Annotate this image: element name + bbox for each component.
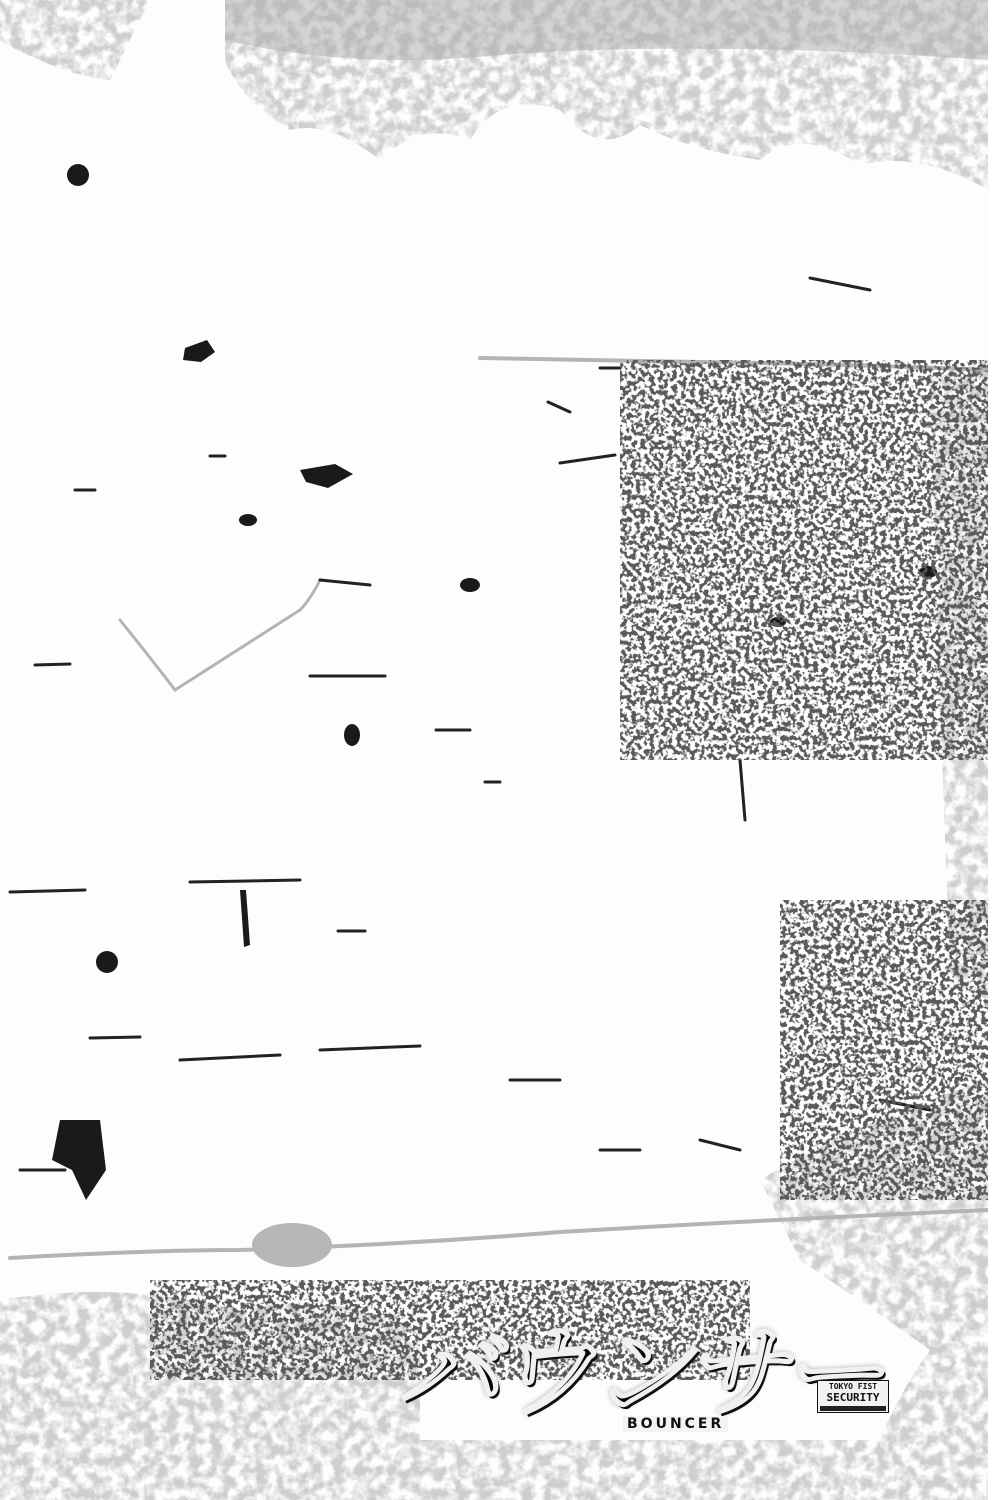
page-edge-margin xyxy=(988,0,1000,1500)
title-page: バウンサー BOUNCER TOKYO FIST SECURITY xyxy=(0,0,988,1500)
grunge-texture-background xyxy=(0,0,988,1500)
badge-line-2: SECURITY xyxy=(820,1392,886,1404)
series-logo: バウンサー BOUNCER TOKYO FIST SECURITY xyxy=(405,1318,945,1448)
logo-title-english: BOUNCER xyxy=(623,1416,728,1432)
badge-decorative-bar xyxy=(820,1406,886,1411)
logo-subtitle-badge: TOKYO FIST SECURITY xyxy=(817,1380,889,1413)
